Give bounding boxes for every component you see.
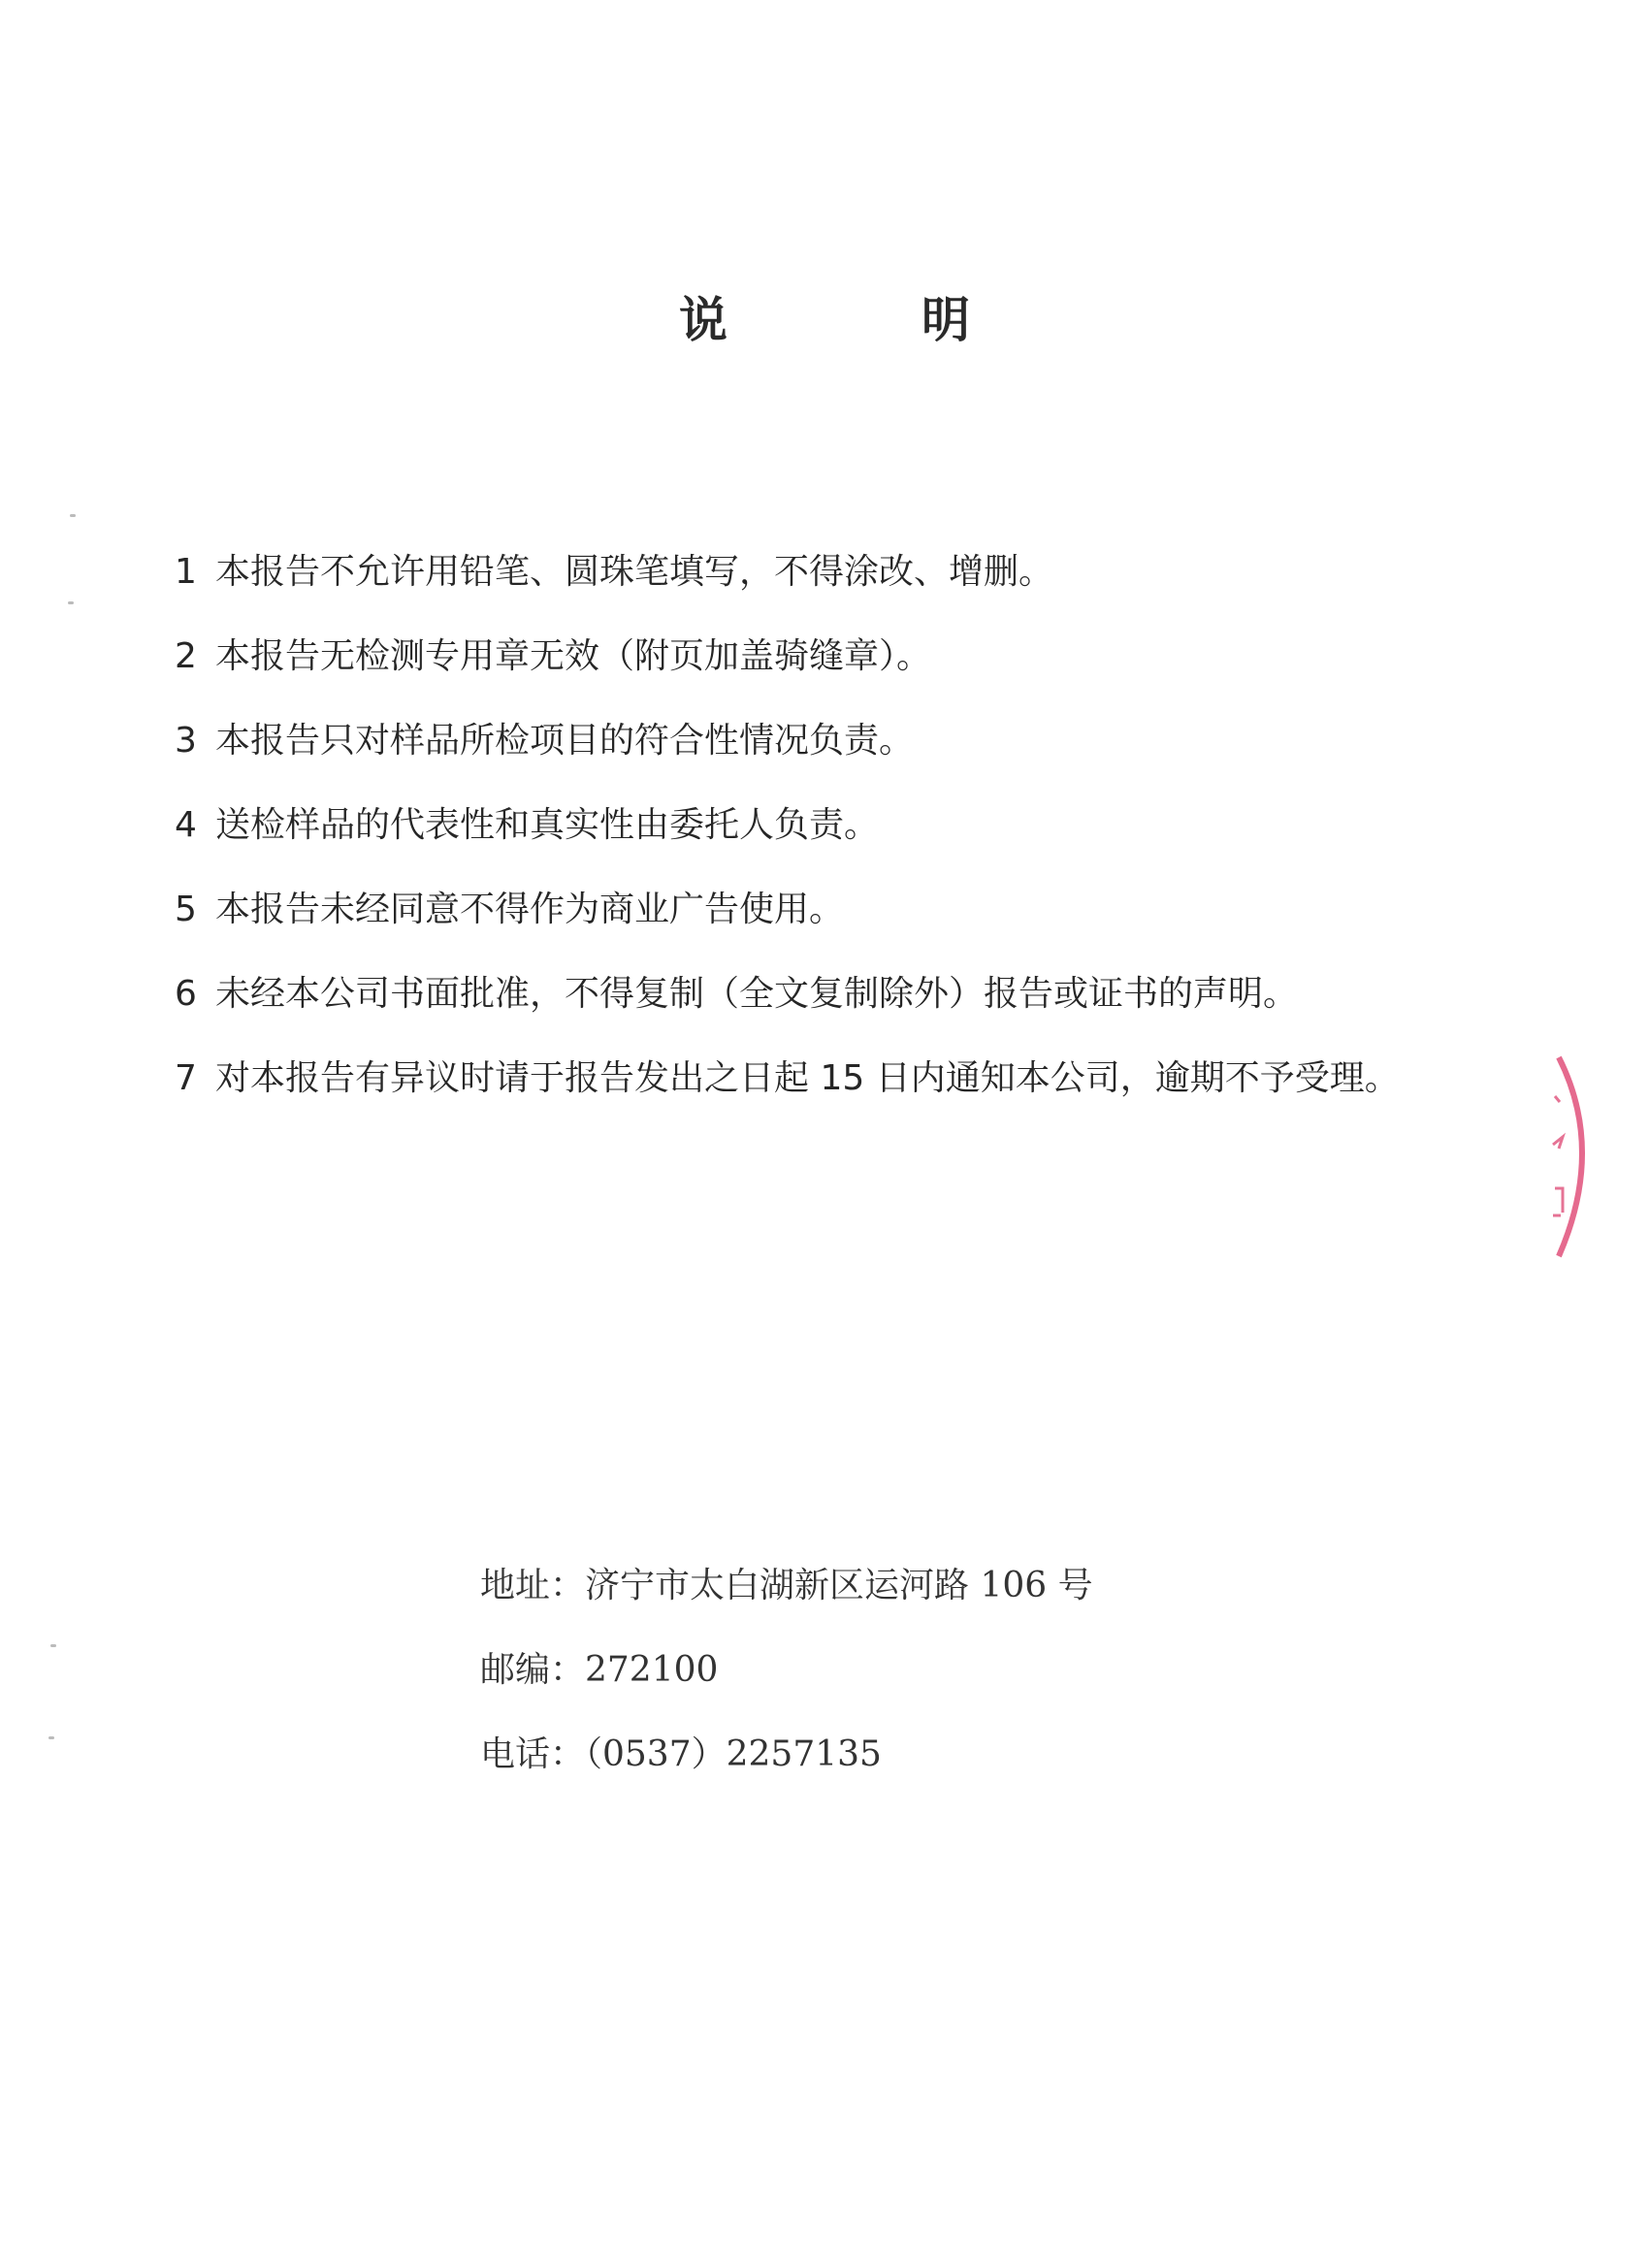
note-item: 6未经本公司书面批准，不得复制（全文复制除外）报告或证书的声明。	[175, 965, 1400, 1050]
note-item: 4送检样品的代表性和真实性由委托人负责。	[175, 796, 1400, 881]
scan-speck	[70, 514, 76, 517]
notes-list: 1本报告不允许用铅笔、圆珠笔填写，不得涂改、增删。 2本报告无检测专用章无效（附…	[175, 543, 1400, 1134]
scan-speck	[50, 1644, 56, 1647]
page-title: 说明	[0, 281, 1649, 351]
phone-line: 电话：（0537）2257135	[480, 1726, 1093, 1810]
contact-block: 地址：济宁市太白湖新区运河路 106 号 邮编：272100 电话：（0537）…	[480, 1557, 1093, 1810]
note-item: 7对本报告有异议时请于报告发出之日起 15 日内通知本公司，逾期不予受理。	[175, 1050, 1400, 1134]
note-item: 2本报告无检测专用章无效（附页加盖骑缝章）。	[175, 628, 1400, 712]
title-char-1: 说	[679, 281, 727, 351]
note-item: 1本报告不允许用铅笔、圆珠笔填写，不得涂改、增删。	[175, 543, 1400, 628]
note-item: 3本报告只对样品所检项目的符合性情况负责。	[175, 712, 1400, 796]
note-item: 5本报告未经同意不得作为商业广告使用。	[175, 881, 1400, 965]
scan-speck	[68, 601, 74, 604]
scan-speck	[48, 1736, 54, 1739]
partial-seal-stamp-icon	[1547, 1053, 1615, 1261]
address-line: 地址：济宁市太白湖新区运河路 106 号	[480, 1557, 1093, 1641]
title-char-2: 明	[921, 281, 970, 351]
postcode-line: 邮编：272100	[480, 1641, 1093, 1726]
